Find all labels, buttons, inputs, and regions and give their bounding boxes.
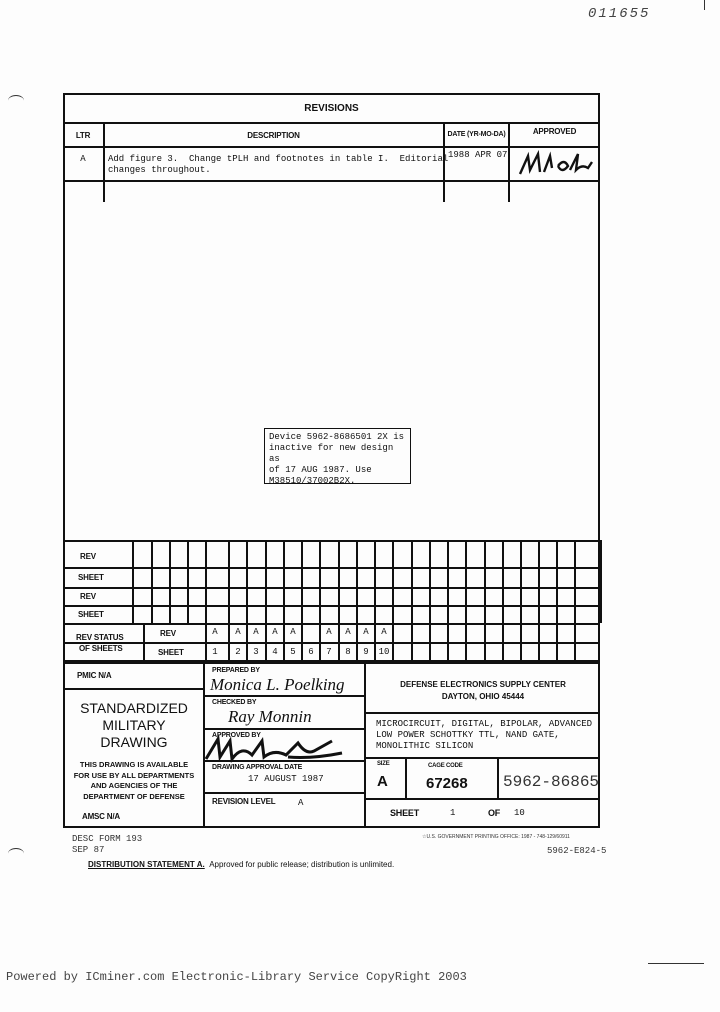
amsc: AMSC N/A bbox=[82, 812, 120, 821]
watermark: Powered by ICminer.com Electronic-Librar… bbox=[6, 970, 467, 984]
margin-mark bbox=[704, 0, 705, 10]
rev-label: REV bbox=[80, 552, 96, 561]
prepared-by-signature: Monica L. Poelking bbox=[210, 675, 345, 695]
footer-code: 5962-E824-5 bbox=[547, 846, 606, 856]
handwritten-note: 011655 bbox=[588, 6, 650, 22]
approval-date-label: DRAWING APPROVAL DATE bbox=[212, 764, 302, 771]
revision-level: A bbox=[298, 798, 303, 808]
status-rev-cell: A bbox=[358, 627, 374, 637]
description-header: DESCRIPTION bbox=[104, 131, 443, 140]
status-sheet-cell: 2 bbox=[230, 647, 246, 657]
status-rev-cell: A bbox=[321, 627, 337, 637]
of-sheets-label: OF SHEETS bbox=[79, 644, 123, 653]
cage-label: CAGE CODE bbox=[428, 763, 463, 769]
sheet-label: SHEET bbox=[78, 573, 104, 582]
status-sheet-cell: 9 bbox=[358, 647, 374, 657]
revisions-title: REVISIONS bbox=[63, 103, 600, 114]
ltr-header: LTR bbox=[63, 131, 103, 140]
status-sheet-cell: 8 bbox=[340, 647, 356, 657]
prepared-by-label: PREPARED BY bbox=[212, 667, 260, 674]
revision-letter: A bbox=[63, 154, 103, 164]
rev-label: REV bbox=[80, 592, 96, 601]
sheet-label: SHEET bbox=[78, 610, 104, 619]
status-rev-cell: A bbox=[207, 627, 223, 637]
distribution-statement: DISTRIBUTION STATEMENT A. Approved for p… bbox=[88, 860, 394, 869]
status-sheet-cell: 7 bbox=[321, 647, 337, 657]
sheet-label: SHEET bbox=[390, 808, 419, 818]
pmic: PMIC N/A bbox=[77, 671, 111, 680]
checked-by-signature: Ray Monnin bbox=[228, 707, 312, 727]
form-number: DESC FORM 193 SEP 87 bbox=[72, 834, 142, 856]
status-sheet-cell: 10 bbox=[376, 647, 392, 657]
margin-mark bbox=[8, 95, 24, 106]
status-rev-cell: A bbox=[376, 627, 392, 637]
availability-statement: THIS DRAWING IS AVAILABLE FOR USE BY ALL… bbox=[65, 760, 203, 802]
revision-level-label: REVISION LEVEL bbox=[212, 797, 275, 806]
margin-mark bbox=[8, 848, 24, 859]
standardized-military-drawing: STANDARDIZED MILITARY DRAWING bbox=[65, 700, 203, 751]
approved-header: APPROVED bbox=[509, 127, 600, 136]
status-sheet-cell: 4 bbox=[267, 647, 283, 657]
status-rev-cell: A bbox=[248, 627, 264, 637]
sheet-number: 1 bbox=[450, 808, 455, 818]
approval-date: 17 AUGUST 1987 bbox=[248, 774, 324, 784]
status-rev-cell: A bbox=[340, 627, 356, 637]
status-rev-label: REV bbox=[160, 629, 176, 638]
document-number: 5962-86865 bbox=[503, 773, 599, 791]
status-sheet-cell: 6 bbox=[303, 647, 319, 657]
total-sheets: 10 bbox=[514, 808, 525, 818]
size: A bbox=[377, 773, 388, 790]
size-label: SIZE bbox=[377, 761, 390, 767]
status-sheet-cell: 3 bbox=[248, 647, 264, 657]
inactive-notice: Device 5962-8686501 2X is inactive for n… bbox=[264, 428, 411, 484]
margin-mark bbox=[648, 963, 704, 964]
cage-code: 67268 bbox=[426, 775, 468, 792]
status-rev-cell: A bbox=[285, 627, 301, 637]
status-sheet-cell: 1 bbox=[207, 647, 223, 657]
of-label: OF bbox=[488, 808, 500, 818]
drawing-title: MICROCIRCUIT, DIGITAL, BIPOLAR, ADVANCED… bbox=[376, 719, 592, 752]
agency: DEFENSE ELECTRONICS SUPPLY CENTER DAYTON… bbox=[366, 679, 600, 703]
date-header: DATE (YR-MO-DA) bbox=[445, 131, 508, 138]
approval-signature bbox=[518, 148, 596, 178]
status-sheet-cell: 5 bbox=[285, 647, 301, 657]
status-rev-cell: A bbox=[230, 627, 246, 637]
rev-status-label: REV STATUS bbox=[76, 633, 124, 642]
revision-date: 1988 APR 07 bbox=[448, 150, 507, 160]
revision-description: Add figure 3. Change tPLH and footnotes … bbox=[108, 154, 448, 176]
gpo-note: ☆U.S. GOVERNMENT PRINTING OFFICE: 1987 -… bbox=[422, 834, 570, 840]
status-rev-cell: A bbox=[267, 627, 283, 637]
status-sheet-label: SHEET bbox=[158, 648, 184, 657]
checked-by-label: CHECKED BY bbox=[212, 699, 256, 706]
approved-by-signature bbox=[202, 733, 352, 763]
